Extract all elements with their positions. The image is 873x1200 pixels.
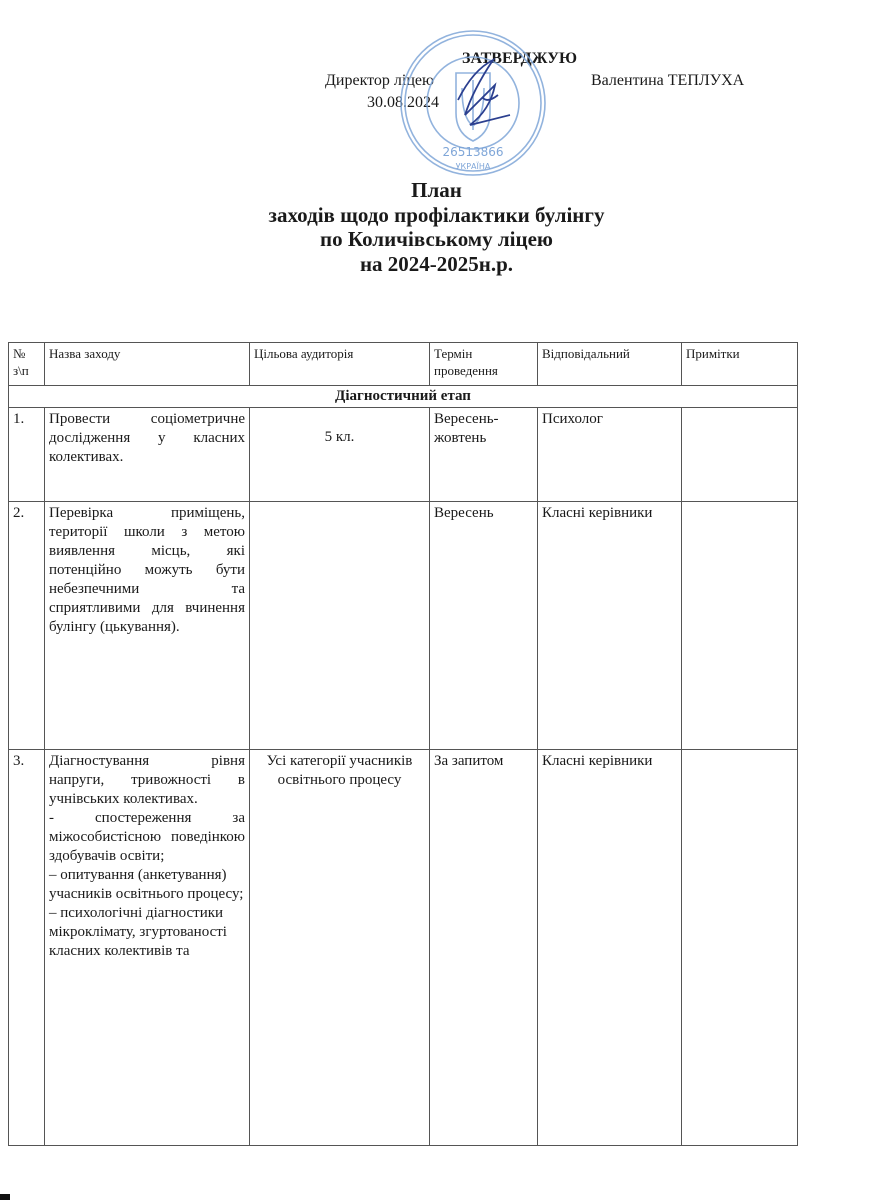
header-notes: Примітки	[682, 343, 798, 386]
row-responsible: Класні керівники	[538, 502, 682, 750]
document-title: План заходів щодо профілактики булінгу п…	[0, 178, 873, 276]
row-audience: Усі категорії учасників освітнього проце…	[250, 750, 430, 1146]
row-name-line: – опитування (анкетування) учасників осв…	[49, 866, 245, 904]
title-line-4: на 2024-2025н.р.	[0, 252, 873, 277]
row-number: 3.	[9, 750, 45, 1146]
table-row: 2. Перевірка приміщень, території школи …	[9, 502, 798, 750]
row-name: Перевірка приміщень, території школи з м…	[45, 502, 250, 750]
stamp-country: УКРАЇНА	[456, 161, 491, 171]
section-row: Діагностичний етап	[9, 386, 798, 408]
row-notes	[682, 408, 798, 502]
header-number: № з\п	[9, 343, 45, 386]
stamp-code: 26513866	[442, 145, 503, 159]
row-number: 1.	[9, 408, 45, 502]
row-number: 2.	[9, 502, 45, 750]
table-header-row: № з\п Назва заходу Цільова аудиторія Тер…	[9, 343, 798, 386]
row-term: Вересень-жовтень	[430, 408, 538, 502]
row-audience: 5 кл.	[250, 408, 430, 502]
header-name: Назва заходу	[45, 343, 250, 386]
director-name: Валентина ТЕПЛУХА	[591, 72, 744, 90]
row-term: Вересень	[430, 502, 538, 750]
row-name: Діагностування рівня напруги, тривожност…	[45, 750, 250, 1146]
row-notes	[682, 502, 798, 750]
row-name-line: – психологічні діагностики мікроклімату,…	[49, 904, 245, 961]
title-line-2: заходів щодо профілактики булінгу	[0, 203, 873, 228]
title-line-1: План	[0, 178, 873, 203]
row-name-line: Діагностування рівня напруги, тривожност…	[49, 752, 245, 809]
row-term: За запитом	[430, 750, 538, 1146]
table-row: 1. Провести соціометричне дослідження у …	[9, 408, 798, 502]
row-notes	[682, 750, 798, 1146]
table-row: 3. Діагностування рівня напруги, тривожн…	[9, 750, 798, 1146]
title-line-3: по Количівському ліцею	[0, 227, 873, 252]
row-responsible: Класні керівники	[538, 750, 682, 1146]
plan-table: № з\п Назва заходу Цільова аудиторія Тер…	[8, 342, 798, 1146]
header-term: Термін проведення	[430, 343, 538, 386]
row-responsible: Психолог	[538, 408, 682, 502]
row-audience	[250, 502, 430, 750]
header-responsible: Відповідальний	[538, 343, 682, 386]
row-name: Провести соціометричне дослідження у кла…	[45, 408, 250, 502]
section-title: Діагностичний етап	[9, 386, 798, 408]
row-name-line: - спостереження за міжособистісною повед…	[49, 809, 245, 866]
official-stamp-icon: 26513866 УКРАЇНА	[398, 28, 548, 178]
header-audience: Цільова аудиторія	[250, 343, 430, 386]
scan-corner-mark	[0, 1194, 10, 1200]
